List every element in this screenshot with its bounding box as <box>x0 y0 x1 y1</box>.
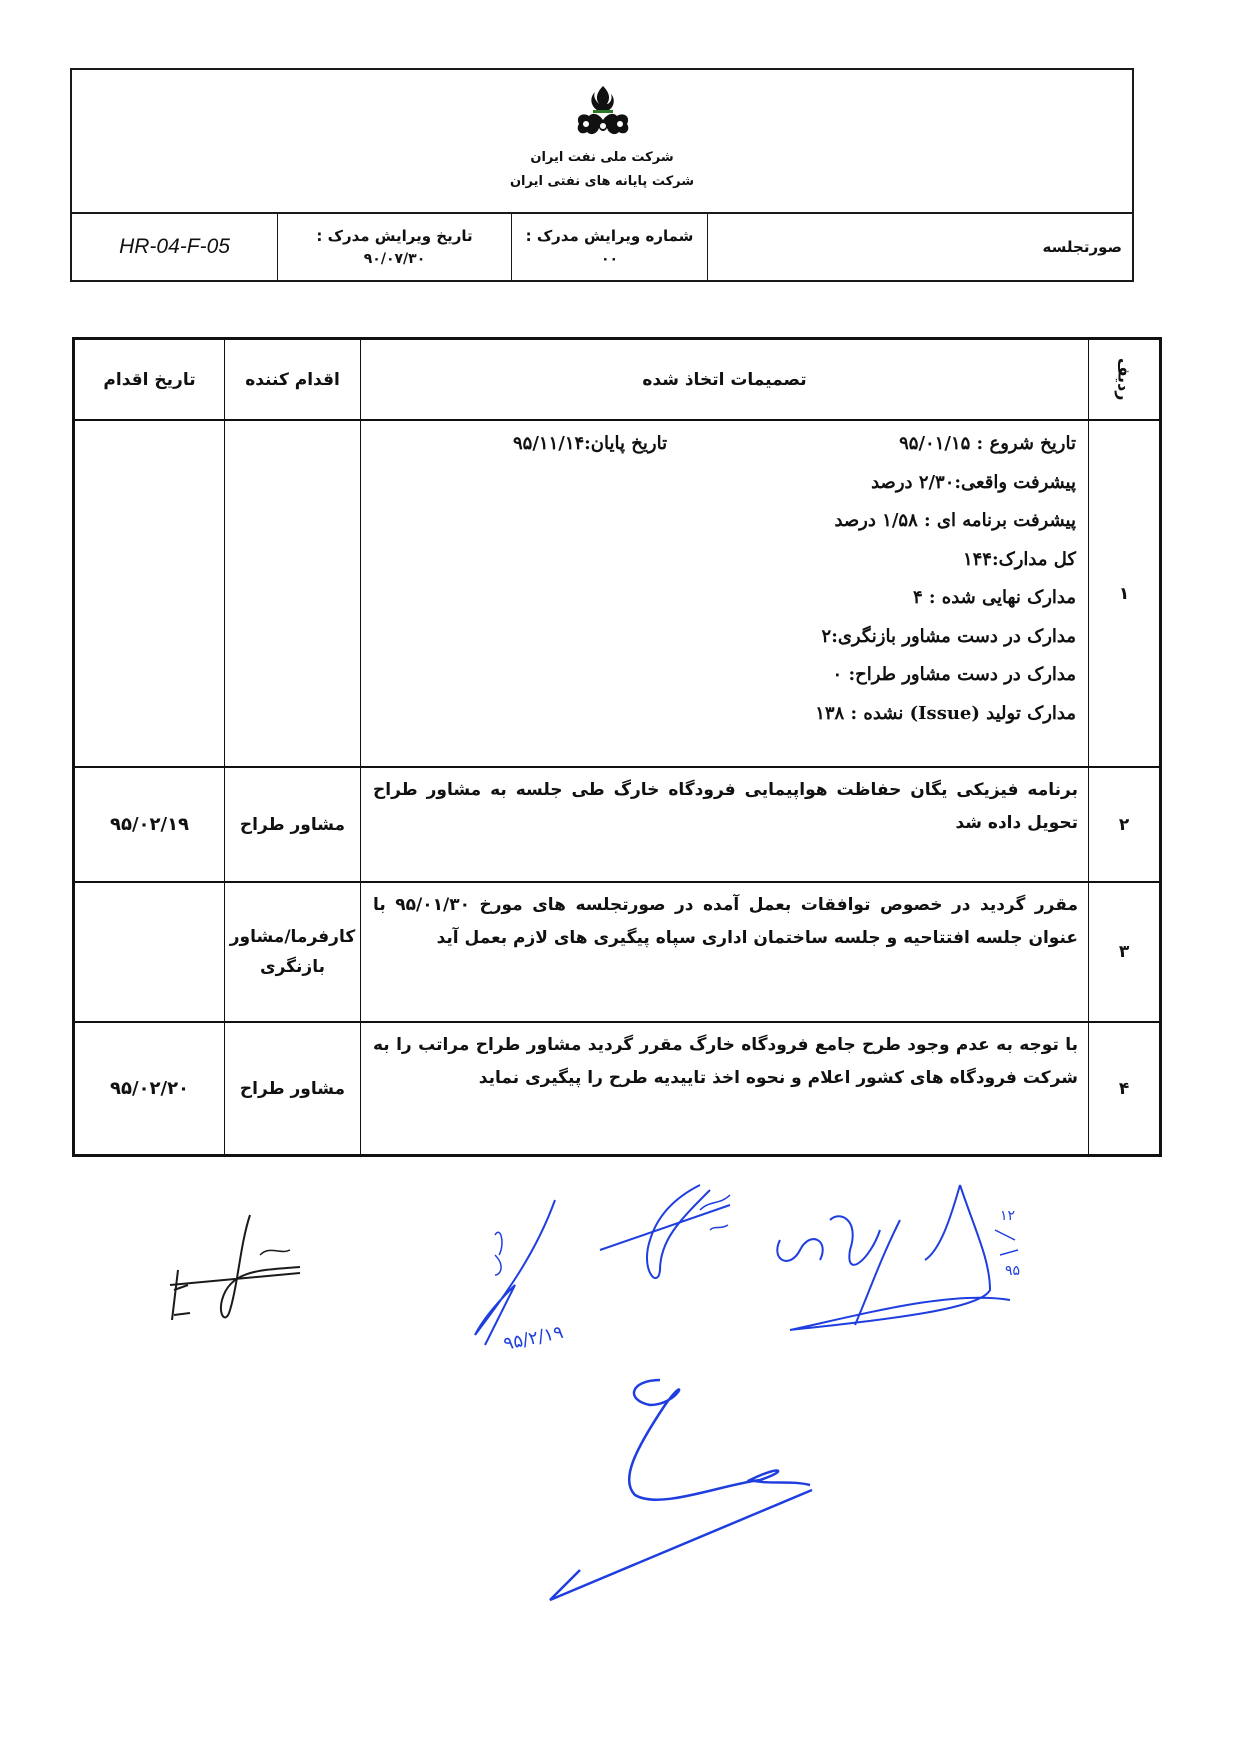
project-status-list: تاریخ شروع : ۹۵/۰۱/۱۵ تاریخ پایان:۹۵/۱۱/… <box>361 421 1088 737</box>
minutes-table: تاریخ اقدام اقدام کننده تصمیمات اتخاذ شد… <box>72 337 1162 1157</box>
decision-cell: مقرر گردید در خصوص توافقات بعمل آمده در … <box>361 883 1089 1021</box>
revision-date-value: ۹۰/۰۷/۳۰ <box>364 251 426 267</box>
row-number-cell: ۱ <box>1089 421 1159 766</box>
actual-progress: پیشرفت واقعی:۲/۳۰ درصد <box>373 464 1076 503</box>
date-range-line: تاریخ شروع : ۹۵/۰۱/۱۵ تاریخ پایان:۹۵/۱۱/… <box>373 425 1076 464</box>
table-row: ۹۵/۰۲/۱۹ مشاور طراح برنامه فیزیکی یگان ح… <box>75 768 1159 883</box>
row-number-cell: ۲ <box>1089 768 1159 881</box>
logo-row: شرکت ملی نفت ایران شرکت پایانه های نفتی … <box>72 70 1132 214</box>
action-date-cell <box>75 883 225 1021</box>
table-row: تاریخ شروع : ۹۵/۰۱/۱۵ تاریخ پایان:۹۵/۱۱/… <box>75 421 1159 768</box>
document-header: شرکت ملی نفت ایران شرکت پایانه های نفتی … <box>70 68 1134 282</box>
table-row: ۹۵/۰۲/۲۰ مشاور طراح با توجه به عدم وجود … <box>75 1023 1159 1154</box>
row-number-cell: ۳ <box>1089 883 1159 1021</box>
signature-black <box>160 1215 310 1330</box>
doc-code: HR-04-F-05 <box>119 235 230 259</box>
svg-text:۱۲: ۱۲ <box>1000 1208 1015 1224</box>
planned-progress: پیشرفت برنامه ای : ۱/۵۸ درصد <box>373 502 1076 541</box>
actor-cell: مشاور طراح <box>225 1023 361 1154</box>
column-header-decisions: تصمیمات اتخاذ شده <box>361 340 1089 419</box>
decision-text: با توجه به عدم وجود طرح جامع فرودگاه خار… <box>361 1023 1088 1101</box>
table-header-row: تاریخ اقدام اقدام کننده تصمیمات اتخاذ شد… <box>75 340 1159 421</box>
actor-cell: مشاور طراح <box>225 768 361 881</box>
end-date: تاریخ پایان:۹۵/۱۱/۱۴ <box>513 425 667 464</box>
row-number-cell: ۴ <box>1089 1023 1159 1154</box>
revision-date-label: تاریخ ویرایش مدرک : <box>316 227 472 245</box>
action-date-cell: ۹۵/۰۲/۱۹ <box>75 768 225 881</box>
company-name-secondary: شرکت پایانه های نفتی ایران <box>72 174 1132 189</box>
documents-with-review-consultant: مدارک در دست مشاور بازنگری:۲ <box>373 618 1076 657</box>
column-header-row-number: ردیف <box>1089 340 1159 419</box>
revision-number-cell: شماره ویرایش مدرک : ۰۰ <box>512 214 708 280</box>
company-name-primary: شرکت ملی نفت ایران <box>72 150 1132 165</box>
svg-text:۹۵/۲/۱۹: ۹۵/۲/۱۹ <box>502 1322 566 1355</box>
decision-text: مقرر گردید در خصوص توافقات بعمل آمده در … <box>361 883 1088 961</box>
total-documents: کل مدارک:۱۴۴ <box>373 541 1076 580</box>
action-date-cell: ۹۵/۰۲/۲۰ <box>75 1023 225 1154</box>
revision-date-cell: تاریخ ویرایش مدرک : ۹۰/۰۷/۳۰ <box>278 214 512 280</box>
documents-with-design-consultant: مدارک در دست مشاور طراح: ۰ <box>373 656 1076 695</box>
table-row: کارفرما/مشاور بازنگری مقرر گردید در خصوص… <box>75 883 1159 1023</box>
signature-blue-3: ۱۲ ۹۵ <box>760 1180 1040 1340</box>
actor-cell <box>225 421 361 766</box>
document-info-row: HR-04-F-05 تاریخ ویرایش مدرک : ۹۰/۰۷/۳۰ … <box>72 214 1132 280</box>
row-number-header-label: ردیف <box>1115 358 1134 400</box>
signature-blue-4 <box>520 1370 820 1620</box>
doc-code-cell: HR-04-F-05 <box>72 214 278 280</box>
finalized-documents: مدارک نهایی شده : ۴ <box>373 579 1076 618</box>
decision-cell: برنامه فیزیکی یگان حفاظت هواپیمایی فرودگ… <box>361 768 1089 881</box>
decision-text: برنامه فیزیکی یگان حفاظت هواپیمایی فرودگ… <box>361 768 1088 846</box>
revision-number-value: ۰۰ <box>601 251 618 267</box>
action-date-cell <box>75 421 225 766</box>
actor-cell: کارفرما/مشاور بازنگری <box>225 883 361 1021</box>
nioc-flame-logo-icon <box>569 84 637 140</box>
doc-title: صورتجلسه <box>1043 238 1122 256</box>
documents-not-issued: مدارک تولید (Issue) نشده : ۱۳۸ <box>373 695 1076 734</box>
start-date: تاریخ شروع : ۹۵/۰۱/۱۵ <box>899 425 1076 464</box>
decision-cell: تاریخ شروع : ۹۵/۰۱/۱۵ تاریخ پایان:۹۵/۱۱/… <box>361 421 1089 766</box>
decision-cell: با توجه به عدم وجود طرح جامع فرودگاه خار… <box>361 1023 1089 1154</box>
column-header-actor: اقدام کننده <box>225 340 361 419</box>
signature-blue-2 <box>600 1180 760 1290</box>
column-header-action-date: تاریخ اقدام <box>75 340 225 419</box>
svg-text:۹۵: ۹۵ <box>1005 1263 1020 1279</box>
doc-title-cell: صورتجلسه <box>708 214 1132 280</box>
revision-number-label: شماره ویرایش مدرک : <box>526 227 694 245</box>
